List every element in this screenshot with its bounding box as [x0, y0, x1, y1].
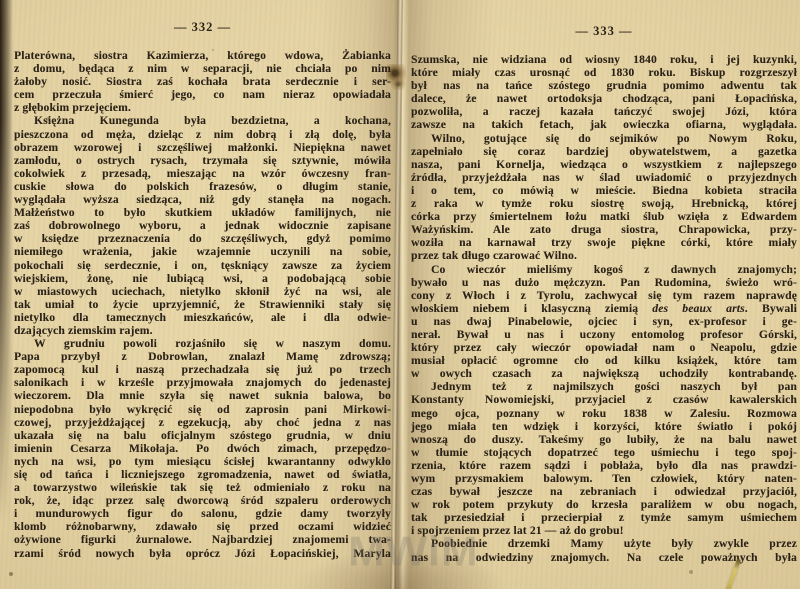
- text-line: żałoby nosić. Siostra zaś kochała brata …: [14, 75, 391, 88]
- text-line: Konstanty Nowomiejski, przyjaciel z czas…: [411, 393, 797, 406]
- text-line: W grudniu powoli rozjaśniło się w naszym…: [14, 337, 391, 350]
- text-line: Księżna Kunegunda była bezdzietna, a koc…: [14, 114, 391, 127]
- page-number-333: — 333 —: [411, 24, 797, 39]
- text-line: nerał. Bywał u nas i uczony entomolog pr…: [411, 328, 797, 341]
- text-line: zamłodu, o ostrych rysach, trzymała się …: [14, 154, 391, 167]
- text-line: przez tak długo czarować Wilno.: [411, 249, 797, 262]
- text-line: ukazała się na balu oficjalnym szóstego …: [14, 429, 391, 442]
- book-spread: — 332 — Platerówna, siostra Kazimierza, …: [0, 0, 800, 589]
- text-line: czowej, przyjeżdżającej z egzekucją, aby…: [14, 416, 391, 429]
- text-line: wnoszą do duszy. Takeśmy go lubiły, że n…: [411, 433, 797, 446]
- text-line: rzenia, które razem sądzi i pobłaża, był…: [411, 459, 797, 472]
- text-line: nych na wsi, po tym miesiącu ścisłej kwa…: [14, 455, 391, 468]
- text-line: z domu, będąca z nim w separacji, nie ch…: [14, 62, 391, 75]
- text-line: rok, że, idąc przez salę dworcową śród s…: [14, 494, 391, 507]
- text-line: w rok potem przykuty do krzesła paraliże…: [411, 498, 797, 511]
- text-line: Co wieczór mieliśmy kogoś z dawnych znaj…: [411, 263, 797, 276]
- text-line: tak umiał to życie uprzyjemnić, że Straw…: [14, 298, 391, 311]
- text-line: mego ojca, poznany w roku 1838 w Zalesiu…: [411, 407, 797, 420]
- text-line: był nas na tańce szóstego grudnia pomimo…: [411, 79, 797, 92]
- text-line: Platerówna, siostra Kazimierza, którego …: [14, 49, 391, 62]
- text-line: Jednym też z najmilszych gości naszych b…: [411, 380, 797, 393]
- page-text: Szumska, nie widziana od wiosny 1840 rok…: [411, 53, 797, 564]
- page-edge-shadow: [0, 0, 13, 545]
- text-line: bywało u nas dużo mężczyzn. Pan Rudomina…: [411, 276, 797, 289]
- text-line: cony z Włoch i z Tyrolu, zachwycał się t…: [411, 289, 797, 302]
- page-text: Platerówna, siostra Kazimierza, którego …: [14, 49, 391, 560]
- text-line: z raka w tymże roku siostrę swoją, Hrebn…: [411, 197, 797, 210]
- text-line: który przez cały wieczór opowiadał nam o…: [411, 341, 797, 354]
- text-line: wieczorem. Dla mnie szyła się nawet sukn…: [14, 389, 391, 402]
- text-line: nasza, pani Kornelja, wiedząca o wszystk…: [411, 158, 797, 171]
- text-line: wyglądała wyższa siedząca, niż gdy stanę…: [14, 193, 391, 206]
- text-line: źródła, przyjeżdżała nas w ślad uwiadomi…: [411, 171, 797, 184]
- text-line: córka przy śmiertelnem łożu matki ślub w…: [411, 210, 797, 223]
- text-line: w księdze przeznaczenia do szczęśliwych,…: [14, 232, 391, 245]
- text-line: zapełniało się coraz bardziej obywatelst…: [411, 145, 797, 158]
- text-line: wym przysmakiem balowym. Ten człowiek, k…: [411, 472, 797, 485]
- text-line: nietylko dla tamecznych mieszkańców, ale…: [14, 311, 391, 324]
- text-line: w owych czasach za największą uchodziły …: [411, 367, 797, 380]
- text-line: cuskie słowa do polskich frazesów, o dłu…: [14, 180, 391, 193]
- text-line: Ważyńskim. Ale zato druga siostra, Chrap…: [411, 223, 797, 236]
- text-line: włoskiem niebem i klasyczną ziemią des b…: [411, 302, 797, 315]
- text-line: dalece, że nawet ortodoksja chodząca, pa…: [411, 92, 797, 105]
- text-line: tak przesiedział i przecierpiał z tymże …: [411, 511, 797, 524]
- text-line: zapomocą kul i naszą przechadzała się ju…: [14, 363, 391, 376]
- text-line: u nas dwaj Pinabelowie, ojciec i syn, ex…: [411, 315, 797, 328]
- text-line: cem przeczuła śmierć jego, co nam nieraz…: [14, 88, 391, 101]
- text-line: woziła na karnawał trzy swoje piękne cór…: [411, 236, 797, 249]
- text-line: i o tem, co mówią w mieście. Biedna kobi…: [411, 184, 797, 197]
- text-line: Małżeństwo to było skutkiem układów fami…: [14, 206, 391, 219]
- text-line: musiał opłacić ogromne cło od kilku ksią…: [411, 354, 797, 367]
- text-line: wiejskiem, żonę, nie lubiącą wsi, a podo…: [14, 272, 391, 285]
- paper-specks: [0, 0, 2, 2]
- text-line: imienin Cesarza Mikołaja. Po dwóch zimac…: [14, 442, 391, 455]
- watermark: MWiM: [348, 531, 479, 573]
- text-line: rzami śród nowych była oprócz Józi Łopac…: [14, 547, 391, 560]
- text-line: dzających ziemskim rajem.: [14, 324, 391, 337]
- text-line: Szumska, nie widziana od wiosny 1840 rok…: [411, 53, 797, 66]
- text-line: w tłumie stojących dopatrzeć tego uśmiec…: [411, 446, 797, 459]
- text-line: się od tańca i liczniejszego zgromadzeni…: [14, 468, 391, 481]
- text-line: czas bywał jeszcze na zebraniach i odwie…: [411, 485, 797, 498]
- text-line: jego miała ten wdzięk i korzyści, które …: [411, 420, 797, 433]
- text-line: ożywione figurki żurnalowe. Najbardziej …: [14, 533, 391, 546]
- page-number-332: — 332 —: [14, 20, 391, 35]
- text-line: cokolwiek z przesadą, mieszając na wzór …: [14, 167, 391, 180]
- text-line: w miastowych uciechach, nietylko skłonił…: [14, 285, 391, 298]
- text-line: obrazem wzorowej i szczęśliwej małżonki.…: [14, 141, 391, 154]
- left-page: — 332 — Platerówna, siostra Kazimierza, …: [14, 20, 391, 560]
- text-line: pokochali się serdecznie, i on, tęskniąc…: [14, 259, 391, 272]
- text-line: i mundurowych figur do salonu, gdzie dam…: [14, 507, 391, 520]
- text-line: niemiłego wrażenia, jakie wzajemnie uczy…: [14, 245, 391, 258]
- text-line: salonikach i w krześle przyjmowała znajo…: [14, 376, 391, 389]
- text-line: klomb różnobarwny, zdawało się przed ocz…: [14, 520, 391, 533]
- text-line: które miały czas urosnąć od 1830 roku. B…: [411, 66, 797, 79]
- text-line: a towarzystwo wileńskie tak się też odmi…: [14, 481, 391, 494]
- text-line: pieszczona od męża, dzieląc z nim dobrą …: [14, 128, 391, 141]
- text-line: Papa przybył z Dobrowlan, znalazł Mamę z…: [14, 350, 391, 363]
- text-line: pozwoliła, a raczej kazała tańczyć swoje…: [411, 105, 797, 118]
- text-line: zawsze na takich fetach, jak owieczka of…: [411, 118, 797, 131]
- text-line: z głębokim przejęciem.: [14, 101, 391, 114]
- text-line: Wilno, gotujące się do sejmików po Nowym…: [411, 132, 797, 145]
- text-line: zaś dobrowolnego wyboru, a jednak widocz…: [14, 219, 391, 232]
- right-page: — 333 — Szumska, nie widziana od wiosny …: [411, 24, 797, 564]
- text-line: niepodobna było wykręcić się od zaprosin…: [14, 403, 391, 416]
